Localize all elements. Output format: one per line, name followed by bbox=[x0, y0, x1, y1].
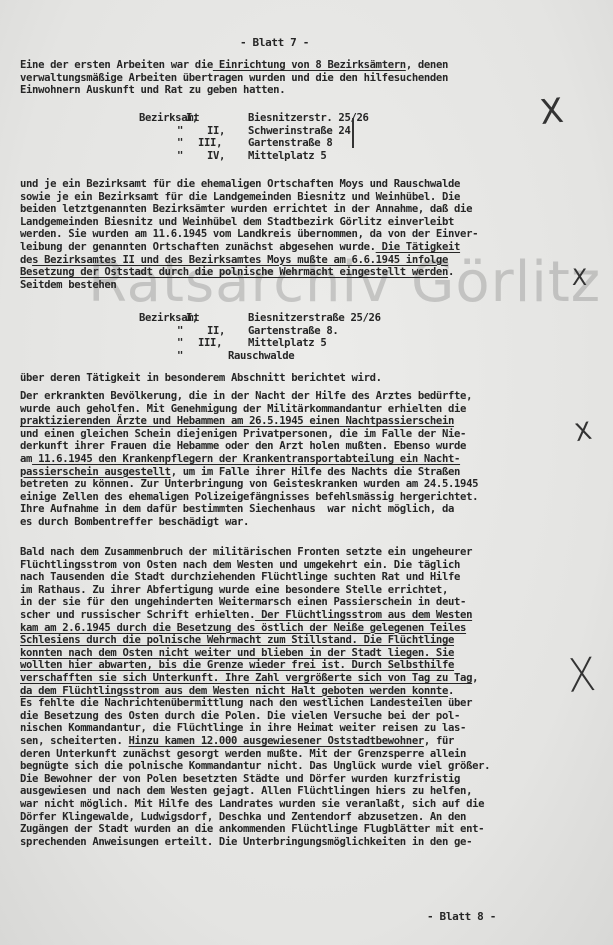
office-address: Mittelplatz 5 bbox=[248, 337, 326, 350]
paragraph-4-line: am 11.6.1945 den Krankenpflegern der Kra… bbox=[20, 453, 460, 466]
paragraph-2-line: leibung der genannten Ortschaften zunäch… bbox=[20, 241, 460, 254]
margin-cross-mark: X bbox=[566, 647, 598, 703]
underlined-text: konnten nach dem Osten nicht weiter und … bbox=[20, 647, 454, 659]
office-address: Biesnitzerstraße 25/26 bbox=[248, 312, 381, 325]
paragraph-4-line: praktizierenden Ärzte und Hebammen am 26… bbox=[20, 415, 454, 428]
underlined-text: s Bezirksamtes II und des Bezirksamtes M… bbox=[32, 254, 448, 266]
office-number: I, bbox=[186, 112, 198, 125]
underlined-text: Besetzung der Oststadt durch die polnisc… bbox=[20, 266, 448, 278]
underlined-text: Der Flüchtlingsstrom aus dem Westen bbox=[255, 609, 472, 621]
paragraph-5-line: sen, scheiterten. Hinzu kamen 12.000 aus… bbox=[20, 735, 454, 748]
paragraph-5-line: konnten nach dem Osten nicht weiter und … bbox=[20, 647, 454, 660]
page-header: - Blatt 7 - bbox=[240, 36, 309, 49]
office-address: Gartenstraße 8. bbox=[248, 325, 338, 338]
underlined-text: passierschein ausgestellt bbox=[20, 466, 171, 478]
office-number: III, bbox=[198, 137, 222, 150]
paragraph-5-line: begnügte sich die polnische Kommandantur… bbox=[20, 760, 490, 773]
paragraph-5-line: in der sie für den ungehinderten Weiterm… bbox=[20, 596, 466, 609]
paragraph-4-line: Ihre Aufnahme in dem dafür bestimmten Si… bbox=[20, 503, 454, 516]
paragraph-2-line: Landgemeinden Biesnitz und Weinhübel dem… bbox=[20, 216, 454, 229]
office-address: Mittelplatz 5 bbox=[248, 150, 326, 163]
paragraph-2-line: des Bezirksamtes II und des Bezirksamtes… bbox=[20, 254, 448, 267]
paragraph-3-line: über deren Tätigkeit in besonderem Absch… bbox=[20, 372, 382, 385]
paragraph-5-line: die Besetzung des Osten durch die Polen.… bbox=[20, 710, 460, 723]
office-number: IV, bbox=[207, 150, 225, 163]
office-label: " bbox=[177, 325, 183, 338]
office-number: III, bbox=[198, 337, 222, 350]
paragraph-5-line: Flüchtlingsstrom von Osten nach dem West… bbox=[20, 559, 460, 572]
underlined-text: Einrichtung von 8 Bezirksämtern bbox=[213, 59, 406, 71]
paragraph-2-line: Seitdem bestehen bbox=[20, 279, 116, 292]
paragraph-5-line: Es fehlte die Nachrichtenübermittlung na… bbox=[20, 697, 472, 710]
paragraph-5-line: nach Tausenden die Stadt durchziehenden … bbox=[20, 571, 460, 584]
office-address: Biesnitzerstr. 25/26 bbox=[248, 112, 369, 125]
paragraph-2-line: werden. Sie wurden am 11.6.1945 vom Land… bbox=[20, 228, 478, 241]
paragraph-4-line: einige Zellen des ehemaligen Polizeigefä… bbox=[20, 491, 478, 504]
margin-cross-mark: X bbox=[572, 266, 587, 291]
page-footer: - Blatt 8 - bbox=[427, 910, 496, 923]
paragraph-4-line: passierschein ausgestellt, um im Falle i… bbox=[20, 466, 460, 479]
paragraph-4-line: derkunft ihrer Frauen die Hebamme oder d… bbox=[20, 440, 466, 453]
underlined-text: Schlesiens durch die polnische Wehrmacht… bbox=[20, 634, 454, 646]
underlined-text: verschafften sie sich Unterkunft. Ihre Z… bbox=[20, 672, 472, 684]
underlined-text: kam am 2.6.1945 durch die Besetzung des … bbox=[20, 622, 466, 634]
paragraph-5-line: wollten hier abwarten, bis die Grenze wi… bbox=[20, 659, 454, 672]
underlined-text: Die Tätigkeit bbox=[376, 241, 460, 253]
paragraph-5-line: Dörfer Klingewalde, Ludwigsdorf, Deschka… bbox=[20, 811, 466, 824]
paragraph-5-line: Bald nach dem Zusammenbruch der militäri… bbox=[20, 546, 472, 559]
document-page: Ratsarchiv Görlitz © - Blatt 7 - Eine de… bbox=[0, 0, 613, 945]
paragraph-5-line: scher und russischer Schrift erhielten. … bbox=[20, 609, 472, 622]
underlined-text: da dem Flüchtlingsstrom aus dem Westen n… bbox=[20, 685, 448, 697]
paragraph-2-line: beiden letztgenannten Bezirksämter wurde… bbox=[20, 203, 472, 216]
paragraph-4-line: betreten zu können. Zur Unterbringung vo… bbox=[20, 478, 478, 491]
underlined-text: praktizierenden Ärzte und Hebammen am 26… bbox=[20, 415, 454, 427]
margin-cross-mark: X bbox=[573, 417, 594, 447]
underlined-text: 11.6.1945 den Krankenpflegern der Kranke… bbox=[32, 453, 460, 465]
paragraph-5-line: verschafften sie sich Unterkunft. Ihre Z… bbox=[20, 672, 478, 685]
paragraph-4-line: es durch Bombentreffer beschädigt war. bbox=[20, 516, 249, 529]
paragraph-1-line: Einwohnern Auskunft und Rat zu geben hat… bbox=[20, 84, 285, 97]
paragraph-2-line: und je ein Bezirksamt für die ehemaligen… bbox=[20, 178, 460, 191]
paragraph-5-line: Die Bewohner der von Polen besetzten Stä… bbox=[20, 773, 460, 786]
paragraph-4-line: Der erkrankten Bevölkerung, die in der N… bbox=[20, 390, 472, 403]
paragraph-4-line: wurde auch geholfen. Mit Genehmigung der… bbox=[20, 403, 466, 416]
office-label: " bbox=[177, 137, 183, 150]
paragraph-5-line: Zugängen der Stadt wurden an die ankomme… bbox=[20, 823, 484, 836]
paragraph-2-line: Besetzung der Oststadt durch die polnisc… bbox=[20, 266, 454, 279]
paragraph-1-line: Eine der ersten Arbeiten war die Einrich… bbox=[20, 59, 448, 72]
paragraph-5-line: war nicht möglich. Mit Hilfe des Landrat… bbox=[20, 798, 484, 811]
margin-cross-mark: X bbox=[538, 91, 565, 133]
paragraph-2-line: sowie je ein Bezirksamt für die Landgeme… bbox=[20, 191, 460, 204]
office-address: Gartenstraße 8 bbox=[248, 137, 332, 150]
paragraph-1-line: verwaltungsmäßige Arbeiten übertragen wu… bbox=[20, 72, 448, 85]
paragraph-5-line: im Rathaus. Zu ihrer Abfertigung wurde e… bbox=[20, 584, 448, 597]
paragraph-5-line: deren Unterkunft zunächst gesorgt werden… bbox=[20, 748, 466, 761]
paragraph-5-line: kam am 2.6.1945 durch die Besetzung des … bbox=[20, 622, 466, 635]
paragraph-4-line: und einen gleichen Schein diejenigen Pri… bbox=[20, 428, 466, 441]
paragraph-5-line: da dem Flüchtlingsstrom aus dem Westen n… bbox=[20, 685, 454, 698]
paragraph-5-line: ausgewiesen und nach dem Westen gejagt. … bbox=[20, 785, 472, 798]
office-label: " bbox=[177, 150, 183, 163]
office-number: II, bbox=[207, 125, 225, 138]
paragraph-5-line: nischen Kommandantur, die Flüchtlinge in… bbox=[20, 722, 466, 735]
margin-vertical-bar bbox=[352, 118, 354, 148]
underlined-text: Hinzu kamen 12.000 ausgewiesener Oststad… bbox=[129, 735, 424, 747]
paragraph-5-line: Schlesiens durch die polnische Wehrmacht… bbox=[20, 634, 454, 647]
office-label: " bbox=[177, 350, 183, 363]
paragraph-5-line: sprechenden Anweisungen erteilt. Die Unt… bbox=[20, 836, 472, 849]
office-address: Rauschwalde bbox=[228, 350, 294, 363]
office-address: Schwerinstraße 24 bbox=[248, 125, 350, 138]
underlined-text: wollten hier abwarten, bis die Grenze wi… bbox=[20, 659, 454, 671]
office-label: " bbox=[177, 337, 183, 350]
office-number: II, bbox=[207, 325, 225, 338]
office-label: " bbox=[177, 125, 183, 138]
office-number: I, bbox=[186, 312, 198, 325]
